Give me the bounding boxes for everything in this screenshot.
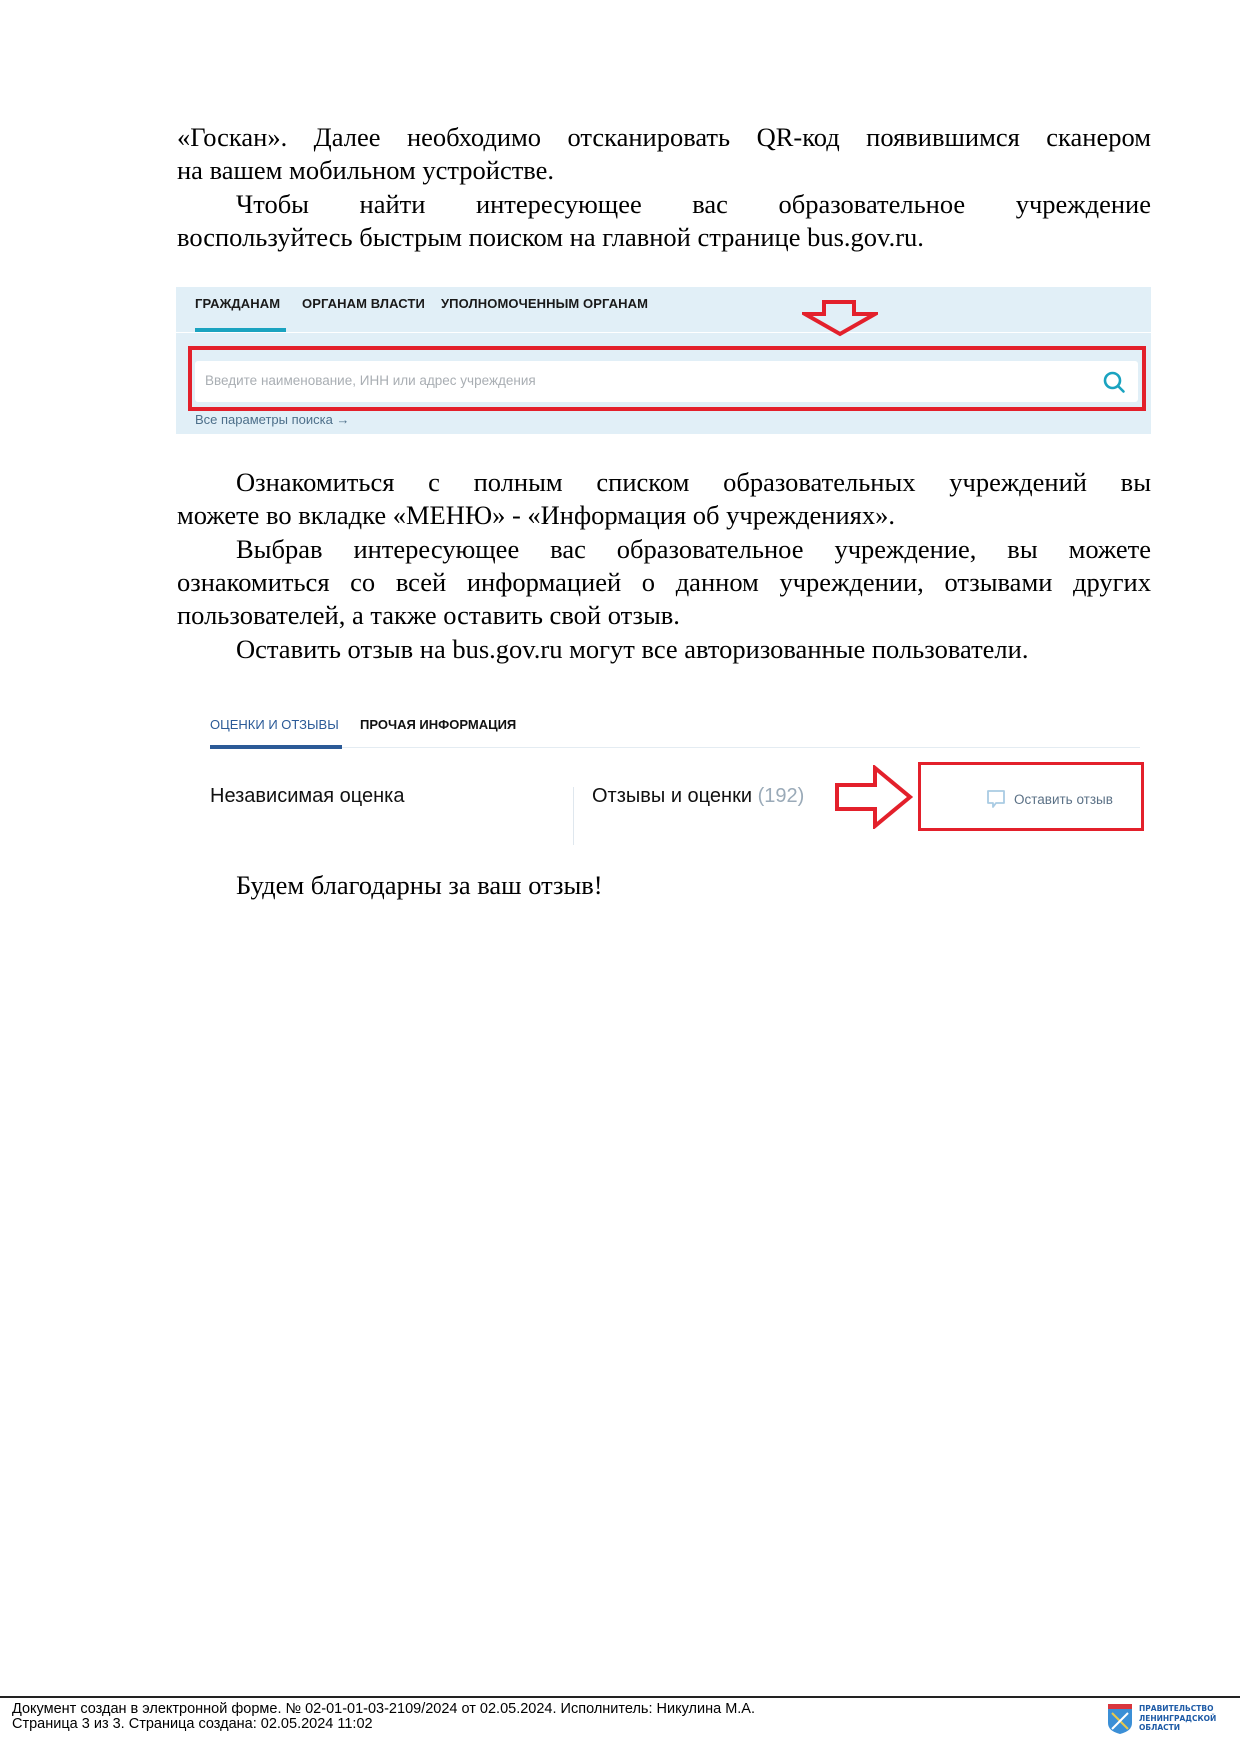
paragraph-goskan: «Госкан». Далее необходимо отсканировать… [177,121,1151,188]
search-highlight-frame [188,346,1146,411]
paragraph-select-institution: Выбрав интересующее вас образовательное … [177,533,1151,633]
tab-other-info[interactable]: ПРОЧАЯ ИНФОРМАЦИЯ [360,717,516,732]
paragraph-line: «Госкан». Далее необходимо отсканировать… [177,121,1151,154]
paragraph-line: ознакомиться со всей информацией о данно… [177,566,1151,599]
document-footer: Документ создан в электронной форме. № 0… [12,1702,755,1731]
tab-citizens[interactable]: ГРАЖДАНАМ [195,296,280,311]
footer-divider [0,1696,1240,1698]
paragraph-line: можете во вкладке «МЕНЮ» - «Информация о… [177,499,1151,532]
down-arrow-annotation-icon [802,299,878,337]
tab-ratings-reviews[interactable]: ОЦЕНКИ И ОТЗЫВЫ [210,717,339,732]
tab-authorized-bodies[interactable]: УПОЛНОМОЧЕННЫМ ОРГАНАМ [441,296,648,311]
column-divider [573,787,574,845]
reviews-title: Отзывы и оценки (192) [592,785,804,808]
logo-text: ПРАВИТЕЛЬСТВО ЛЕНИНГРАДСКОЙ ОБЛАСТИ [1139,1704,1216,1733]
paragraph-authorized-users: Оставить отзыв на bus.gov.ru могут все а… [177,633,1151,666]
paragraph-line: Оставить отзыв на bus.gov.ru могут все а… [236,634,1028,664]
government-logo: ПРАВИТЕЛЬСТВО ЛЕНИНГРАДСКОЙ ОБЛАСТИ [1107,1703,1216,1735]
advanced-search-link[interactable]: Все параметры поиска → [195,412,349,427]
leave-review-highlight-frame [918,762,1144,831]
footer-line-page-info: Страница 3 из 3. Страница создана: 02.05… [12,1717,755,1732]
tab-divider [210,747,1140,748]
active-tab-indicator [195,328,286,332]
paragraph-list-info: Ознакомиться с полным списком образовате… [177,466,1151,533]
paragraph-line: Будем благодарны за ваш отзыв! [236,870,603,900]
paragraph-line: воспользуйтесь быстрым поиском на главно… [177,221,1151,254]
tab-authorities[interactable]: ОРГАНАМ ВЛАСТИ [302,296,425,311]
coat-of-arms-icon [1107,1703,1133,1735]
paragraph-line: Чтобы найти интересующее вас образовател… [236,189,1151,219]
footer-line-document-info: Документ создан в электронной форме. № 0… [12,1702,755,1717]
active-tab-indicator [210,745,342,749]
paragraph-line: Выбрав интересующее вас образовательное … [236,534,1151,564]
paragraph-line: Ознакомиться с полным списком образовате… [236,467,1151,497]
reviews-count: (192) [758,785,805,807]
paragraph-line: пользователей, а также оставить свой отз… [177,599,1151,632]
paragraph-line: на вашем мобильном устройстве. [177,154,1151,187]
paragraph-thanks: Будем благодарны за ваш отзыв! [177,869,1151,902]
independent-rating-title: Независимая оценка [210,785,404,808]
audience-tabs: ГРАЖДАНАМ ОРГАНАМ ВЛАСТИ УПОЛНОМОЧЕННЫМ … [176,287,1151,333]
paragraph-search-hint: Чтобы найти интересующее вас образовател… [177,188,1151,255]
right-arrow-annotation-icon [834,765,914,829]
